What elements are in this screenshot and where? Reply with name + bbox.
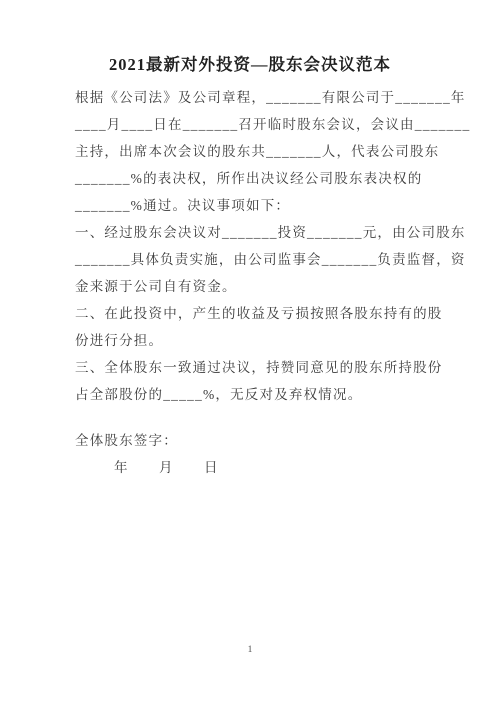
body-line: 三、全体股东一致通过决议，持赞同意见的股东所持股份 (75, 354, 435, 381)
body-line: ____月____日在_______召开临时股东会议，会议由_______ (75, 111, 435, 138)
body-line: 一、经过股东会决议对_______投资_______元，由公司股东 (75, 219, 435, 246)
body-line: 主持，出席本次会议的股东共_______人，代表公司股东 (75, 138, 435, 165)
body-line: 占全部股份的_____%，无反对及弃权情况。 (75, 381, 435, 408)
body-line: 金来源于公司自有资金。 (75, 273, 435, 300)
document-page: 2021最新对外投资—股东会决议范本 根据《公司法》及公司章程，_______有… (0, 0, 500, 708)
page-number: 1 (0, 643, 500, 657)
body-line: _______具体负责实施，由公司监事会_______负责监督，资 (75, 246, 435, 273)
body-line: _______%的表决权，所作出决议经公司股东表决权的 (75, 165, 435, 192)
document-body: 根据《公司法》及公司章程，_______有限公司于_______年 ____月_… (75, 84, 435, 408)
body-line: 根据《公司法》及公司章程，_______有限公司于_______年 (75, 84, 435, 111)
document-title: 2021最新对外投资—股东会决议范本 (0, 53, 500, 77)
body-line: _______%通过。决议事项如下： (75, 192, 435, 219)
body-line: 份进行分担。 (75, 327, 435, 354)
body-line: 二、在此投资中，产生的收益及亏损按照各股东持有的股 (75, 300, 435, 327)
signature-label: 全体股东签字： (75, 427, 178, 454)
date-line: 年 月 日 (114, 454, 219, 481)
